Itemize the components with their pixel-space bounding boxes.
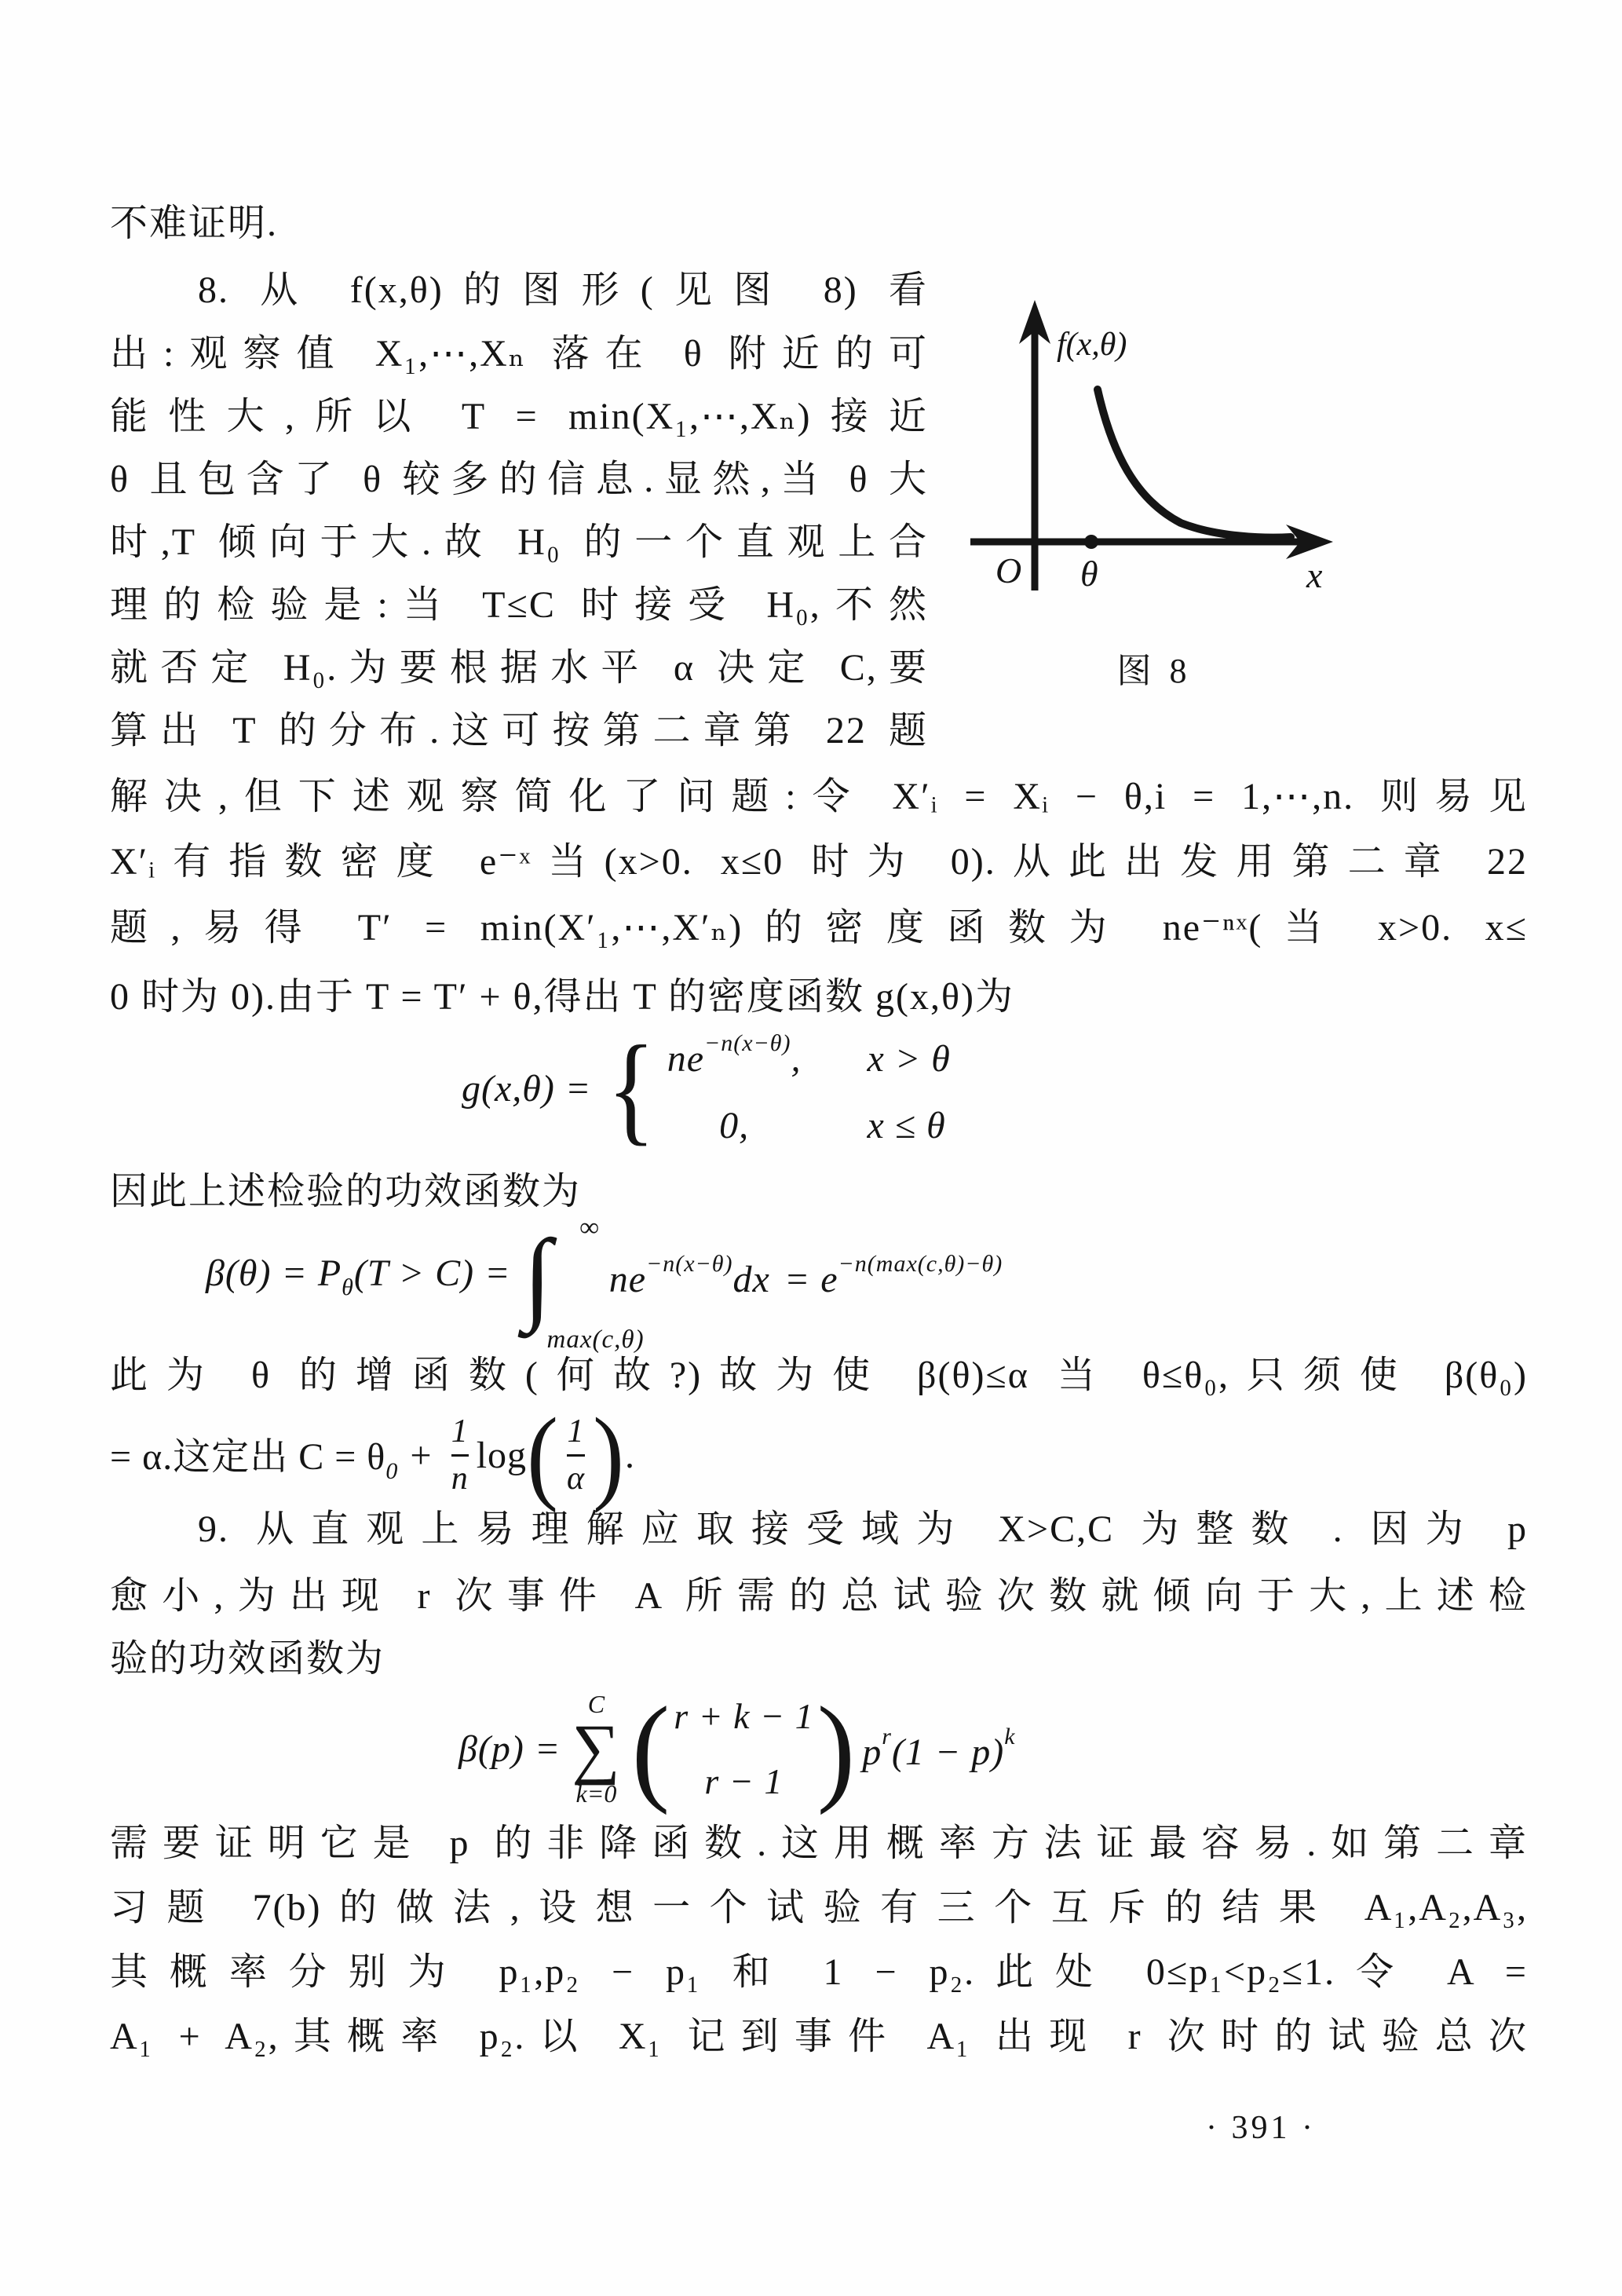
fraction-1-over-n: 1 n [451, 1413, 469, 1496]
integral-block: ∫ ∞ max(c,θ) [524, 1224, 598, 1328]
beta-theta-result: = e−n(max(c,θ)−θ) [784, 1251, 1003, 1301]
tail-line: 习题 7(b)的做法,设想一个试验有三个互斥的结果 A₁,A₂,A₃, [110, 1885, 1528, 1932]
left-paren-icon: ( [632, 1688, 671, 1808]
formula-beta-p: β(p) = C ∑ k=0 ( r + k − 1 r − 1 ) pr(1 … [458, 1682, 1016, 1815]
figure-xlabel: x [1306, 555, 1323, 595]
figure-8-plot: f(x,θ) O θ x [958, 298, 1350, 699]
p9-line: 9. 从直观上易理解应取接受域为 X>C,C 为整数 . 因为 p [110, 1506, 1528, 1553]
formula-g-case2-cond: x ≤ θ [868, 1104, 951, 1147]
body-line: 题,易得 T′ = min(X′₁,⋯,X′ₙ)的密度函数为 ne⁻ⁿˣ(当 x… [110, 905, 1528, 952]
binomial-bottom: r − 1 [704, 1760, 783, 1802]
body-line: 解决,但下述观察简化了问题:令 X′ᵢ = Xᵢ − θ,i = 1,⋯,n. … [110, 773, 1528, 821]
beta-theta-lhs: β(θ) = Pθ(T > C) = [206, 1252, 511, 1301]
c-def-lead: = α.这定出 C = θ0 [110, 1426, 398, 1485]
beta-theta-integrand: ne−n(x−θ)dx [609, 1251, 770, 1301]
beta-p-tail: pr(1 − p)k [862, 1724, 1015, 1774]
binomial-top: r + k − 1 [674, 1695, 813, 1737]
p9-line: 愈小,为出现 r 次事件 A 所需的总试验次数就倾向于大,上述检 [110, 1573, 1528, 1620]
book-page: 不难证明. 8. 从 f(x,θ)的图形(见图 8) 看 出:观察值 X₁,⋯,… [0, 0, 1622, 2296]
density-curve [1098, 389, 1291, 538]
p8-line: 理的检验是:当 T≤C 时接受 H₀,不然 [110, 582, 928, 629]
sum-icon: ∑ [572, 1717, 620, 1781]
fraction-1-over-alpha: 1 α [567, 1413, 585, 1496]
right-paren-icon: ) [817, 1688, 857, 1808]
monotone-line: 此为 θ 的增函数(何故?)故为使 β(θ)≤α 当 θ≤θ₀,只须使 β(θ₀… [110, 1352, 1528, 1399]
integral-lower-limit: max(c,θ) [547, 1325, 645, 1355]
body-line: 0 时为 0).由于 T = T′ + θ,得出 T 的密度函数 g(x,θ)为 [110, 974, 1528, 1021]
formula-g-case1-cond: x > θ [868, 1037, 951, 1080]
formula-beta-theta: β(θ) = Pθ(T > C) = ∫ ∞ max(c,θ) ne−n(x−θ… [206, 1217, 1003, 1335]
theta-point [1084, 535, 1098, 549]
tail-line: A₁ + A₂,其概率 p₂.以 X₁ 记到事件 A₁ 出现 r 次时的试验总次 [110, 2013, 1528, 2060]
c-def-log: log [477, 1434, 527, 1477]
figure-caption: 图 8 [981, 642, 1327, 693]
beta-p-lhs: β(p) = [458, 1727, 561, 1771]
left-brace-icon: { [607, 1027, 656, 1150]
left-paren-icon: ( [527, 1402, 559, 1508]
fraction-bar [451, 1454, 469, 1457]
page-number: · 391 · [1206, 2109, 1316, 2147]
right-paren-icon: ) [593, 1402, 625, 1508]
figure-ylabel: f(x,θ) [1057, 327, 1127, 363]
p8-line: 能性大,所以 T = min(X₁,⋯,Xₙ)接近 [110, 393, 928, 441]
formula-g: g(x,θ) = { ne−n(x−θ), x > θ 0, x ≤ θ [462, 1026, 951, 1151]
formula-g-lhs: g(x,θ) = [462, 1067, 591, 1110]
sum-lower-limit: k=0 [576, 1781, 617, 1806]
body-line: X′ᵢ有指数密度 e⁻ˣ当(x>0. x≤0 时为 0).从此出发用第二章 22 [110, 839, 1528, 886]
tail-line: 需要证明它是 p 的非降函数.这用概率方法证最容易.如第二章 [110, 1820, 1528, 1867]
c-def-period: . [625, 1434, 635, 1477]
p8-line: 时,T 倾向于大.故 H₀ 的一个直观上合 [110, 519, 928, 566]
c-def-plus: + [407, 1434, 433, 1477]
p8-line: θ 且包含了 θ 较多的信息.显然,当 θ 大 [110, 456, 928, 503]
formula-g-case2: 0, [667, 1104, 802, 1147]
figure-8: f(x,θ) O θ x [958, 298, 1350, 699]
figure-origin-label: O [995, 550, 1021, 590]
p8-line: 8. 从 f(x,θ)的图形(见图 8) 看 [110, 267, 928, 314]
p8-line: 算出 T 的分布.这可按第二章第 22 题 [110, 707, 928, 755]
sum-block: C ∑ k=0 [572, 1691, 620, 1806]
integral-upper-limit: ∞ [579, 1213, 599, 1243]
tail-line: 其概率分别为 p₁,p₂ − p₁ 和 1 − p₂.此处 0≤p₁<p₂≤1.… [110, 1949, 1528, 1996]
power-intro-line: 因此上述检验的功效函数为 [110, 1168, 581, 1216]
p8-line: 就否定 H₀.为要根据水平 α 决定 C,要 [110, 645, 928, 692]
integral-icon: ∫ [524, 1218, 553, 1333]
text-line-intro: 不难证明. [110, 200, 278, 247]
figure-theta-label: θ [1080, 554, 1098, 594]
binomial-coefficient: r + k − 1 r − 1 [674, 1695, 813, 1802]
fraction-bar [567, 1454, 585, 1457]
p8-line: 出:观察值 X₁,⋯,Xₙ 落在 θ 附近的可 [110, 331, 928, 378]
p9-line: 验的功效函数为 [110, 1636, 385, 1683]
formula-g-cases: ne−n(x−θ), x > θ 0, x ≤ θ [667, 1030, 951, 1147]
formula-g-case1: ne−n(x−θ), [667, 1030, 802, 1080]
formula-c-def: = α.这定出 C = θ0 + 1 n log ( 1 α ) . [110, 1404, 635, 1506]
